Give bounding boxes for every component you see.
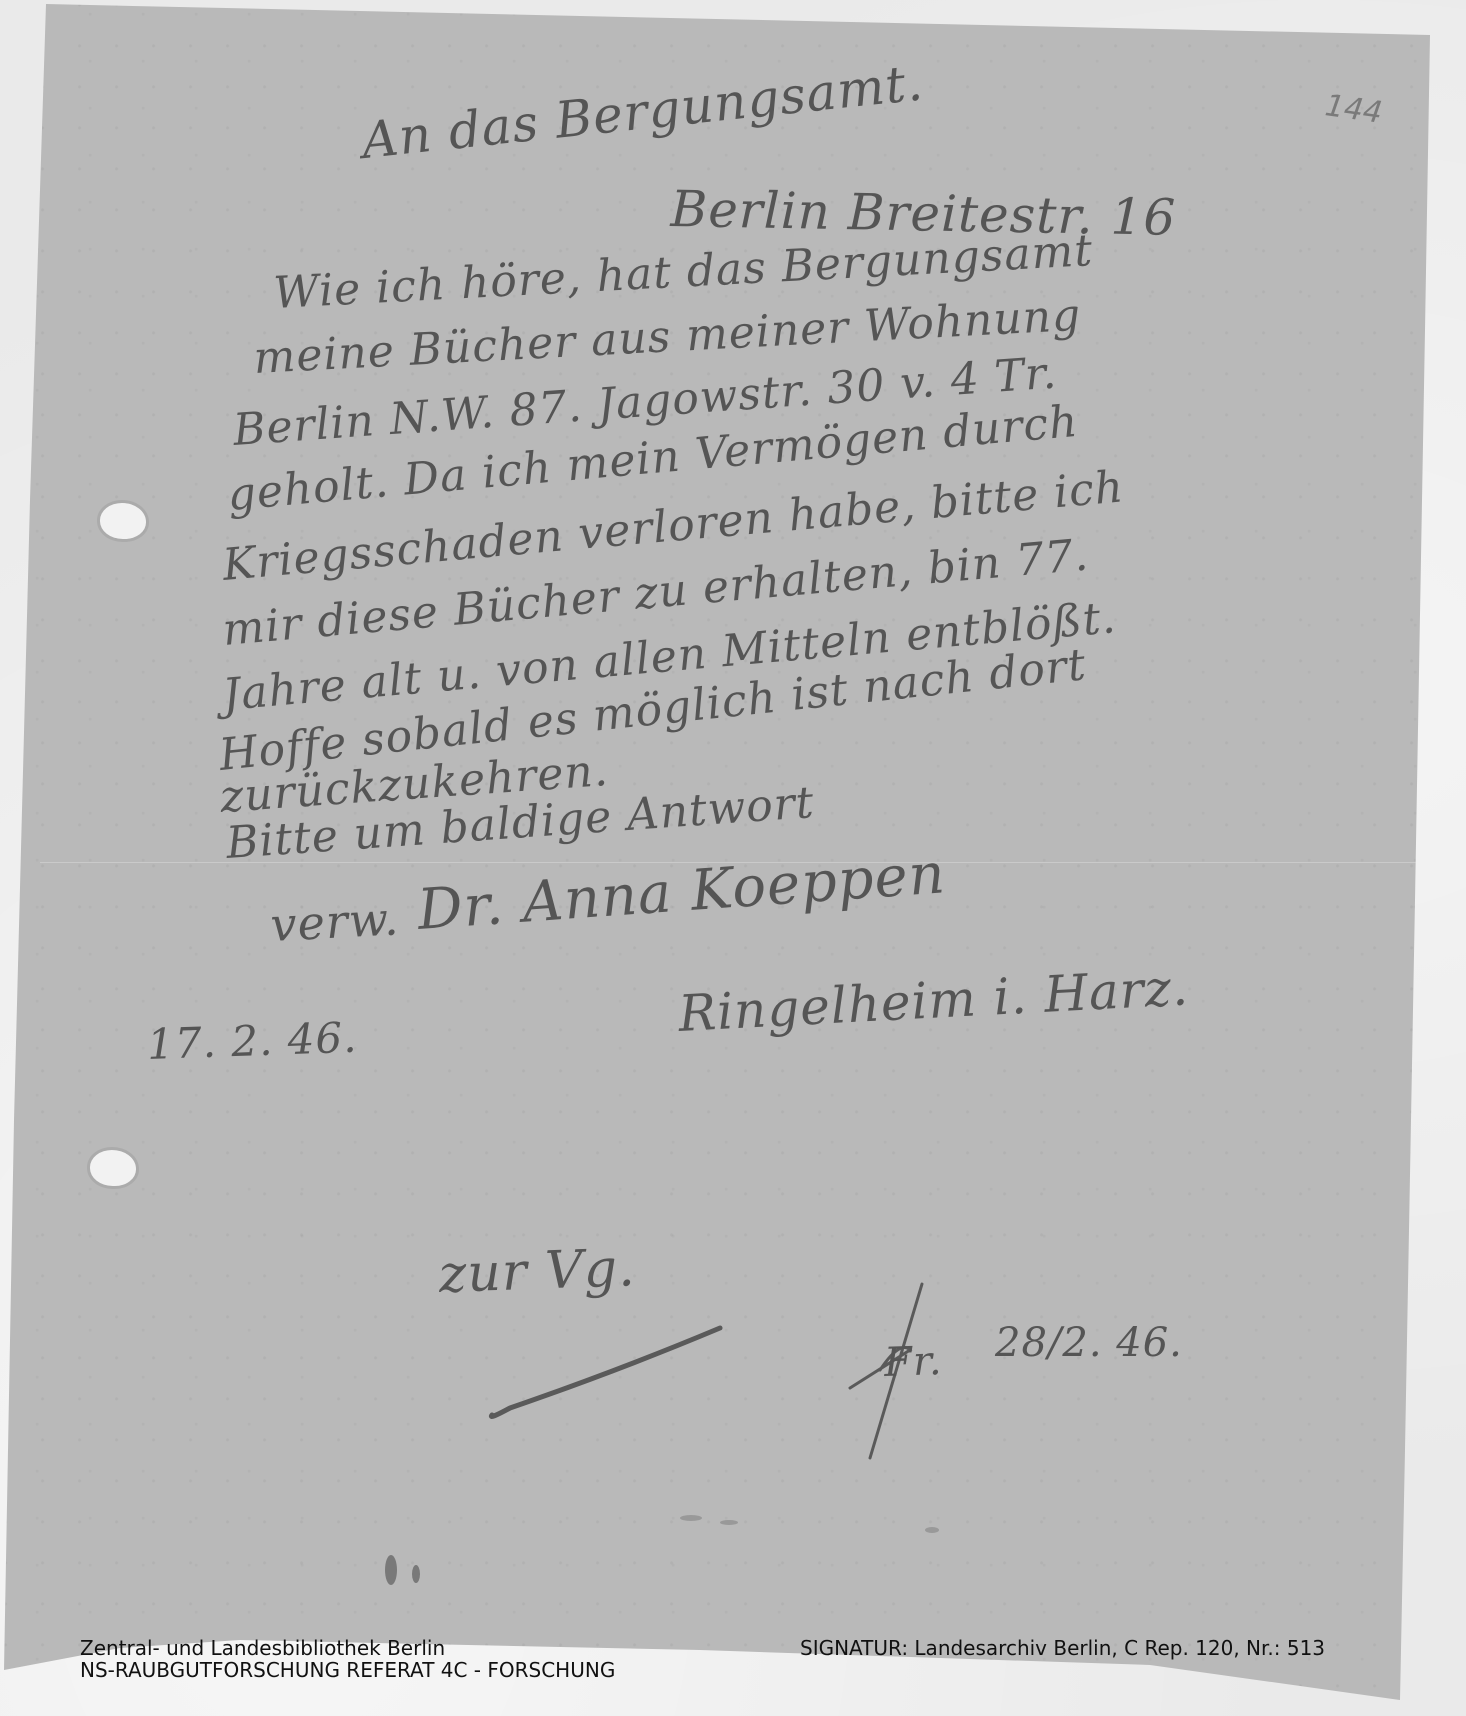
annotation-arrow-stroke	[480, 1320, 730, 1430]
ink-smudge	[412, 1565, 420, 1583]
footer-signature-ref: SIGNATUR: Landesarchiv Berlin, C Rep. 12…	[800, 1637, 1325, 1659]
footer-department: NS-RAUBGUTFORSCHUNG REFERAT 4C - FORSCHU…	[80, 1659, 615, 1681]
annotation-date: 28/2. 46.	[995, 1320, 1183, 1366]
punch-hole-top	[100, 503, 146, 539]
annotation-initials: Fr.	[883, 1338, 943, 1386]
annotation-note: zur Vg.	[438, 1238, 637, 1305]
ink-smudge	[720, 1520, 738, 1525]
punch-hole-bottom	[90, 1150, 136, 1186]
footer-library: Zentral- und Landesbibliothek Berlin	[80, 1637, 445, 1659]
signature-prefix: verw.	[269, 891, 400, 952]
letter-date: 17. 2. 46.	[146, 1013, 358, 1069]
ink-smudge	[680, 1515, 702, 1521]
ink-smudge	[925, 1527, 939, 1533]
ink-smudge	[385, 1555, 397, 1585]
